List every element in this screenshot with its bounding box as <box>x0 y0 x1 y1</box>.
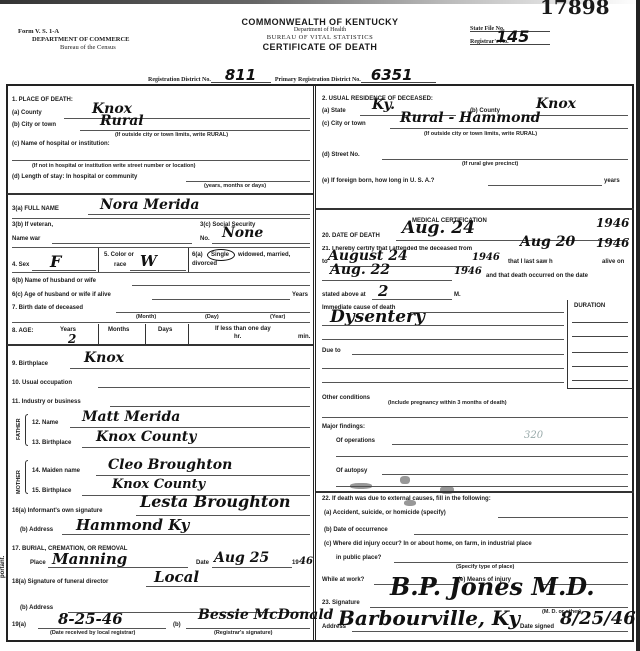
certifier-address-line <box>352 631 628 632</box>
while-work-label: While at work? <box>322 577 364 583</box>
due-to-line <box>352 354 564 355</box>
burial-date-value: Aug 25 <box>214 550 269 566</box>
form-id: Form V. S. 1-A <box>18 28 130 36</box>
res-street-line <box>382 159 628 160</box>
major-findings-label: Major findings: <box>322 424 365 430</box>
res-county-value: Knox <box>536 96 576 112</box>
industry-label: 11. Industry or business <box>12 399 81 405</box>
primary-reg-value: 6351 <box>371 66 413 84</box>
attended-from-year: 1946 <box>596 236 629 250</box>
marital-single: Single <box>211 252 229 258</box>
section-divider <box>7 193 313 195</box>
res-foreign-line <box>488 185 602 186</box>
burial-place-label: Place <box>30 560 46 566</box>
res-foreign-suffix: years <box>604 178 620 184</box>
registrar-sig-line <box>186 628 310 629</box>
other-conditions-label: Other conditions <box>322 395 370 401</box>
birthplace-line <box>70 368 310 369</box>
father-name-label: 12. Name <box>32 420 58 426</box>
race-divider <box>188 248 189 272</box>
birth-date-label: 7. Birth date of deceased <box>12 305 83 311</box>
operations-line-2 <box>336 456 628 457</box>
alive-on-line <box>322 280 452 281</box>
occupation-label: 10. Usual occupation <box>12 380 72 386</box>
immediate-cause-value: Dysentery <box>330 307 425 327</box>
primary-reg-field: 6351 <box>361 69 436 83</box>
reg-district-field: 811 <box>211 69 271 83</box>
mother-birthplace-value: Knox County <box>112 477 205 492</box>
informant-address-label: (b) Address <box>20 527 53 533</box>
row-line <box>12 322 310 323</box>
spouse-age-label: 6(c) Age of husband or wife if alive <box>12 292 111 298</box>
funeral-signature-label: 18(a) Signature of funeral director <box>12 579 108 585</box>
burial-date-line <box>212 567 292 568</box>
section-divider <box>316 491 634 493</box>
spouse-name-line <box>132 285 310 286</box>
form-header-center: COMMONWEALTH OF KENTUCKY Department of H… <box>210 17 430 52</box>
pod-city-value: Rural <box>100 113 144 129</box>
birthplace-label: 9. Birthplace <box>12 361 48 367</box>
ssn-line <box>212 243 310 244</box>
res-street-label: (d) Street No. <box>322 152 360 158</box>
registration-district-line: Registration District No. 811 Primary Re… <box>148 69 436 83</box>
full-name-label: 3(a) FULL NAME <box>12 206 59 212</box>
date-of-death-line <box>396 240 628 241</box>
spouse-age-line <box>152 299 290 300</box>
other-conditions-line <box>322 417 628 418</box>
accident-line <box>498 517 628 518</box>
certifier-signature-value: B.P. Jones M.D. <box>390 572 595 601</box>
duration-line <box>572 366 628 367</box>
other-conditions-note: (Include pregnancy within 3 months of de… <box>388 400 507 406</box>
date-of-death-year: 1946 <box>596 216 629 230</box>
duration-line <box>572 336 628 337</box>
due-to-label: Due to <box>322 348 341 354</box>
father-name-value: Matt Merida <box>82 409 180 425</box>
public-place-label: in public place? <box>336 555 381 561</box>
burial-date-label: Date <box>196 560 209 566</box>
mother-birthplace-label: 15. Birthplace <box>32 488 71 494</box>
mother-bracket <box>25 460 28 494</box>
war-label: Name war <box>12 236 40 242</box>
marital-options: widowed, married, <box>238 252 290 258</box>
age-less-label: If less than one day <box>215 326 271 332</box>
father-birthplace-label: 13. Birthplace <box>32 440 71 446</box>
commonwealth-title: COMMONWEALTH OF KENTUCKY <box>210 17 430 27</box>
attended-from-value: Aug 20 <box>520 234 575 250</box>
birth-date-line <box>116 312 310 313</box>
alive-on-year: 1946 <box>454 266 482 277</box>
center-divider <box>313 84 316 642</box>
form-header-right: State File No. Registrar's No. 145 <box>470 16 550 45</box>
duration-line <box>572 322 628 323</box>
row-line <box>12 247 310 248</box>
spouse-name-label: 6(b) Name of husband or wife <box>12 278 96 284</box>
place-of-death-heading: 1. PLACE OF DEATH: <box>12 97 73 103</box>
occupation-line <box>98 387 310 388</box>
section-divider <box>316 208 634 210</box>
registrar-no-value: 145 <box>496 27 529 46</box>
ssn-no-label: No. <box>200 236 210 242</box>
pod-city-line <box>80 130 310 131</box>
age-label: 8. AGE: <box>12 328 33 334</box>
sex-value: F <box>50 252 61 271</box>
attended-to-year: 1946 <box>472 252 500 263</box>
age-min-label: min. <box>298 334 310 340</box>
due-to-line <box>322 382 564 383</box>
burial-year-value: 46 <box>299 556 313 567</box>
mother-side-label: MOTHER <box>16 470 22 494</box>
industry-line <box>110 406 310 407</box>
scan-right-edge <box>636 0 640 651</box>
age-divider <box>188 324 189 344</box>
burial-year-prefix: 19 <box>292 560 299 566</box>
father-name-line <box>70 427 310 428</box>
res-street-note: (If rural give precinct) <box>462 161 518 167</box>
accident-label: (a) Accident, suicide, or homicide (spec… <box>324 510 446 516</box>
received-value: 8-25-46 <box>58 610 123 628</box>
father-birthplace-line <box>82 447 310 448</box>
race-line <box>130 270 186 271</box>
date-of-death-value: Aug. 24 <box>402 218 475 238</box>
certificate-title: CERTIFICATE OF DEATH <box>210 42 430 52</box>
birth-month-note: (Month) <box>136 314 156 320</box>
mother-maiden-line <box>96 475 310 476</box>
duration-label: DURATION <box>574 303 605 309</box>
bureau: Bureau of the Census <box>60 44 130 52</box>
pod-hospital-line <box>12 160 310 161</box>
full-name-value: Nora Merida <box>100 197 199 213</box>
war-line <box>52 243 192 244</box>
sex-label: 4. Sex <box>12 262 29 268</box>
received-label: 19(a) <box>12 622 26 628</box>
duration-line <box>572 352 628 353</box>
mother-maiden-value: Cleo Broughton <box>108 457 232 473</box>
date-occurrence-line <box>414 534 628 535</box>
res-state-label: (a) State <box>322 108 346 114</box>
full-name-line <box>88 214 310 215</box>
funeral-address-label: (b) Address <box>20 605 53 611</box>
marital-divorced: divorced <box>192 261 217 267</box>
ink-smudge <box>400 476 410 484</box>
registrar-sig-note: (Registrar's signature) <box>214 630 272 636</box>
registrar-sig-value: Bessie McDonald <box>198 607 333 623</box>
received-line <box>38 628 166 629</box>
date-of-death-label: 20. DATE OF DEATH <box>322 233 380 239</box>
registrar-no-field: 145 <box>470 33 550 45</box>
duration-line <box>572 380 628 381</box>
father-birthplace-value: Knox County <box>96 429 196 445</box>
operations-mark: 320 <box>524 430 543 441</box>
ink-smudge <box>350 483 372 489</box>
age-hr-label: hr. <box>234 334 241 340</box>
father-side-label: FATHER <box>16 418 22 440</box>
department: DEPARTMENT OF COMMERCE <box>32 36 130 44</box>
veteran-label: 3(b) If veteran, <box>12 222 53 228</box>
duration-box: DURATION <box>567 300 633 389</box>
row-line <box>12 218 310 219</box>
last-saw-label: that I last saw h <box>508 259 553 265</box>
age-divider <box>145 324 146 344</box>
res-foreign-label: (e) If foreign born, how long in U. S. A… <box>322 178 434 184</box>
reg-district-label: Registration District No. <box>148 77 211 83</box>
autopsy-line <box>382 474 628 475</box>
marital-label: 6(a) <box>192 252 203 258</box>
pod-hospital-note: (If not in hospital or institution write… <box>32 163 195 169</box>
date-occurrence-label: (b) Date of occurrence <box>324 527 388 533</box>
section-divider <box>7 344 313 346</box>
autopsy-label: Of autopsy <box>336 468 367 474</box>
alive-on-label: alive on <box>602 259 624 265</box>
informant-signature-label: 16(a) Informant's own signature <box>12 508 102 514</box>
cause-line <box>322 339 564 340</box>
death-occurred-label: and that death occurred on the date <box>486 273 588 279</box>
alive-on-value: Aug. 22 <box>330 262 390 278</box>
age-days-label: Days <box>158 327 172 333</box>
mother-maiden-label: 14. Maiden name <box>32 468 80 474</box>
external-heading: 22. If death was due to external causes,… <box>322 496 491 502</box>
specify-note: (Specify type of place) <box>456 564 514 570</box>
pod-stay-note: (years, months or days) <box>204 183 266 189</box>
informant-address-value: Hammond Ky <box>76 516 189 534</box>
reg-district-value: 811 <box>225 66 256 84</box>
birth-day-note: (Day) <box>205 314 219 320</box>
autopsy-line-2 <box>336 486 628 487</box>
form-header-left: Form V. S. 1-A DEPARTMENT OF COMMERCE Bu… <box>18 28 130 52</box>
age-months-label: Months <box>108 327 129 333</box>
cause-line <box>322 325 564 326</box>
operations-line <box>392 444 628 445</box>
funeral-signature-line <box>146 586 310 587</box>
color-label: 5. Color or <box>104 252 134 258</box>
res-city-line <box>390 128 628 129</box>
res-city-label: (c) City or town <box>322 121 366 127</box>
pod-hospital-label: (c) Name of hospital or institution: <box>12 141 110 147</box>
time-suffix: M. <box>454 292 461 298</box>
time-value: 2 <box>378 282 388 300</box>
birthplace-value: Knox <box>84 350 124 366</box>
where-label: (c) Where did injury occur? In or about … <box>324 541 532 547</box>
age-divider <box>98 324 99 344</box>
father-bracket <box>25 414 28 446</box>
pod-stay-line <box>186 181 310 182</box>
cause-line <box>410 312 564 313</box>
pod-stay-label: (d) Length of stay: In hospital or commu… <box>12 174 137 180</box>
registrar-sig-label: (b) <box>173 622 181 628</box>
pod-city-note: (If outside city or town limits, write R… <box>115 132 228 138</box>
pod-city-label: (b) City or town <box>12 122 56 128</box>
funeral-signature-value: Local <box>154 568 199 586</box>
race-label: race <box>114 262 126 268</box>
public-place-line <box>394 562 628 563</box>
received-note: (Date received by local registrar) <box>50 630 135 636</box>
row-line <box>12 272 310 273</box>
res-city-note: (If outside city or town limits, write R… <box>424 131 537 137</box>
sex-divider <box>98 248 99 272</box>
stamp-number: 17898 <box>540 0 610 19</box>
pod-county-label: (a) County <box>12 110 42 116</box>
date-signed-label: Date signed <box>520 624 554 630</box>
margin-text: portant. <box>0 556 6 578</box>
to-label: to <box>322 259 328 265</box>
department-of-health: Department of Health <box>210 27 430 34</box>
ssn-value: None <box>222 225 263 241</box>
res-city-value: Rural - Hammond <box>400 110 540 126</box>
sex-line <box>32 270 96 271</box>
certifier-address-value: Barbourville, Ky <box>338 606 520 630</box>
informant-signature-value: Lesta Broughton <box>140 492 291 511</box>
date-signed-value: 8/25/46 <box>560 608 636 629</box>
burial-place-value: Manning <box>52 550 127 568</box>
stated-above-label: stated above at <box>322 292 366 298</box>
bureau-vital-statistics: BUREAU OF VITAL STATISTICS <box>210 34 430 41</box>
informant-address-line <box>62 534 310 535</box>
race-value: W <box>140 252 157 270</box>
birth-year-note: (Year) <box>270 314 285 320</box>
operations-label: Of operations <box>336 438 375 444</box>
res-state-value: Ky. <box>372 97 395 113</box>
primary-reg-label: Primary Registration District No. <box>275 77 361 83</box>
due-to-line <box>322 368 564 369</box>
spouse-age-suffix: Years <box>292 292 308 298</box>
